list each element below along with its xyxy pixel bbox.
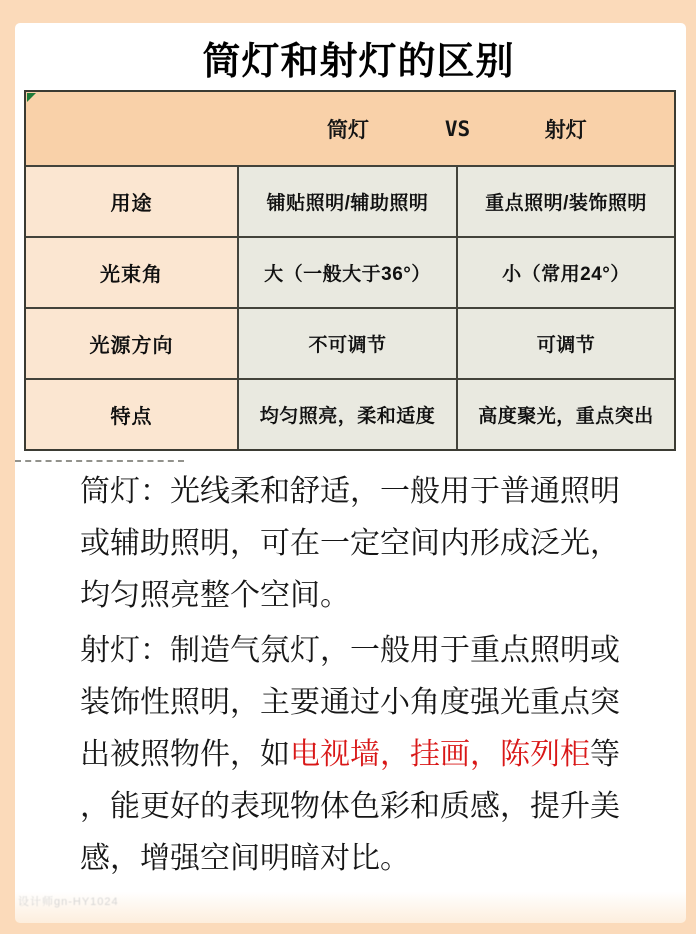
row-direction-downlight: 不可调节 [239,309,456,378]
row-usage-label: 用途 [26,167,237,236]
row-beam-angle-downlight: 大（一般大于36°） [239,238,456,307]
downlight-text: 筒灯：光线柔和舒适，一般用于普通照明或辅助照明，可在一定空间内形成泛光，均匀照亮… [80,474,620,613]
excel-corner-marker-icon [27,93,36,102]
page-title: 筒灯和射灯的区别 [15,39,686,85]
header-spotlight: 射灯 [545,114,587,144]
page-card: 筒灯和射灯的区别 筒灯 VS 射灯 用途 铺贴照明/辅助照明 重点照明/装饰照明… [15,23,686,923]
spotlight-paragraph: 射灯：制造气氛灯，一般用于重点照明或装饰性照明，主要通过小角度强光重点突出被照物… [80,625,626,885]
table-header-row: 筒灯 VS 射灯 [26,92,674,165]
spotlight-highlight-red: 电视墙，挂画，陈列柜 [290,737,590,772]
row-feature-spotlight: 高度聚光，重点突出 [458,380,674,449]
comparison-table: 筒灯 VS 射灯 用途 铺贴照明/辅助照明 重点照明/装饰照明 光束角 大（一般… [24,90,676,451]
header-downlight: 筒灯 [327,114,369,144]
row-feature-downlight: 均匀照亮，柔和适度 [239,380,456,449]
row-beam-angle-label: 光束角 [26,238,237,307]
row-beam-angle-spotlight: 小（常用24°） [458,238,674,307]
row-usage-downlight: 铺贴照明/辅助照明 [239,167,456,236]
row-direction-spotlight: 可调节 [458,309,674,378]
row-usage-spotlight: 重点照明/装饰照明 [458,167,674,236]
downlight-paragraph: 筒灯：光线柔和舒适，一般用于普通照明或辅助照明，可在一定空间内形成泛光，均匀照亮… [80,466,626,622]
row-feature-label: 特点 [26,380,237,449]
header-vs-label: VS [445,117,470,141]
dashed-remnant-line [15,460,184,462]
row-direction-label: 光源方向 [26,309,237,378]
watermark: 设计师gn-HY1024 [18,893,119,909]
description-text: 筒灯：光线柔和舒适，一般用于普通照明或辅助照明，可在一定空间内形成泛光，均匀照亮… [80,466,626,885]
infographic-canvas: { "page": { "title": "筒灯和射灯的区别", "waterm… [0,0,696,934]
